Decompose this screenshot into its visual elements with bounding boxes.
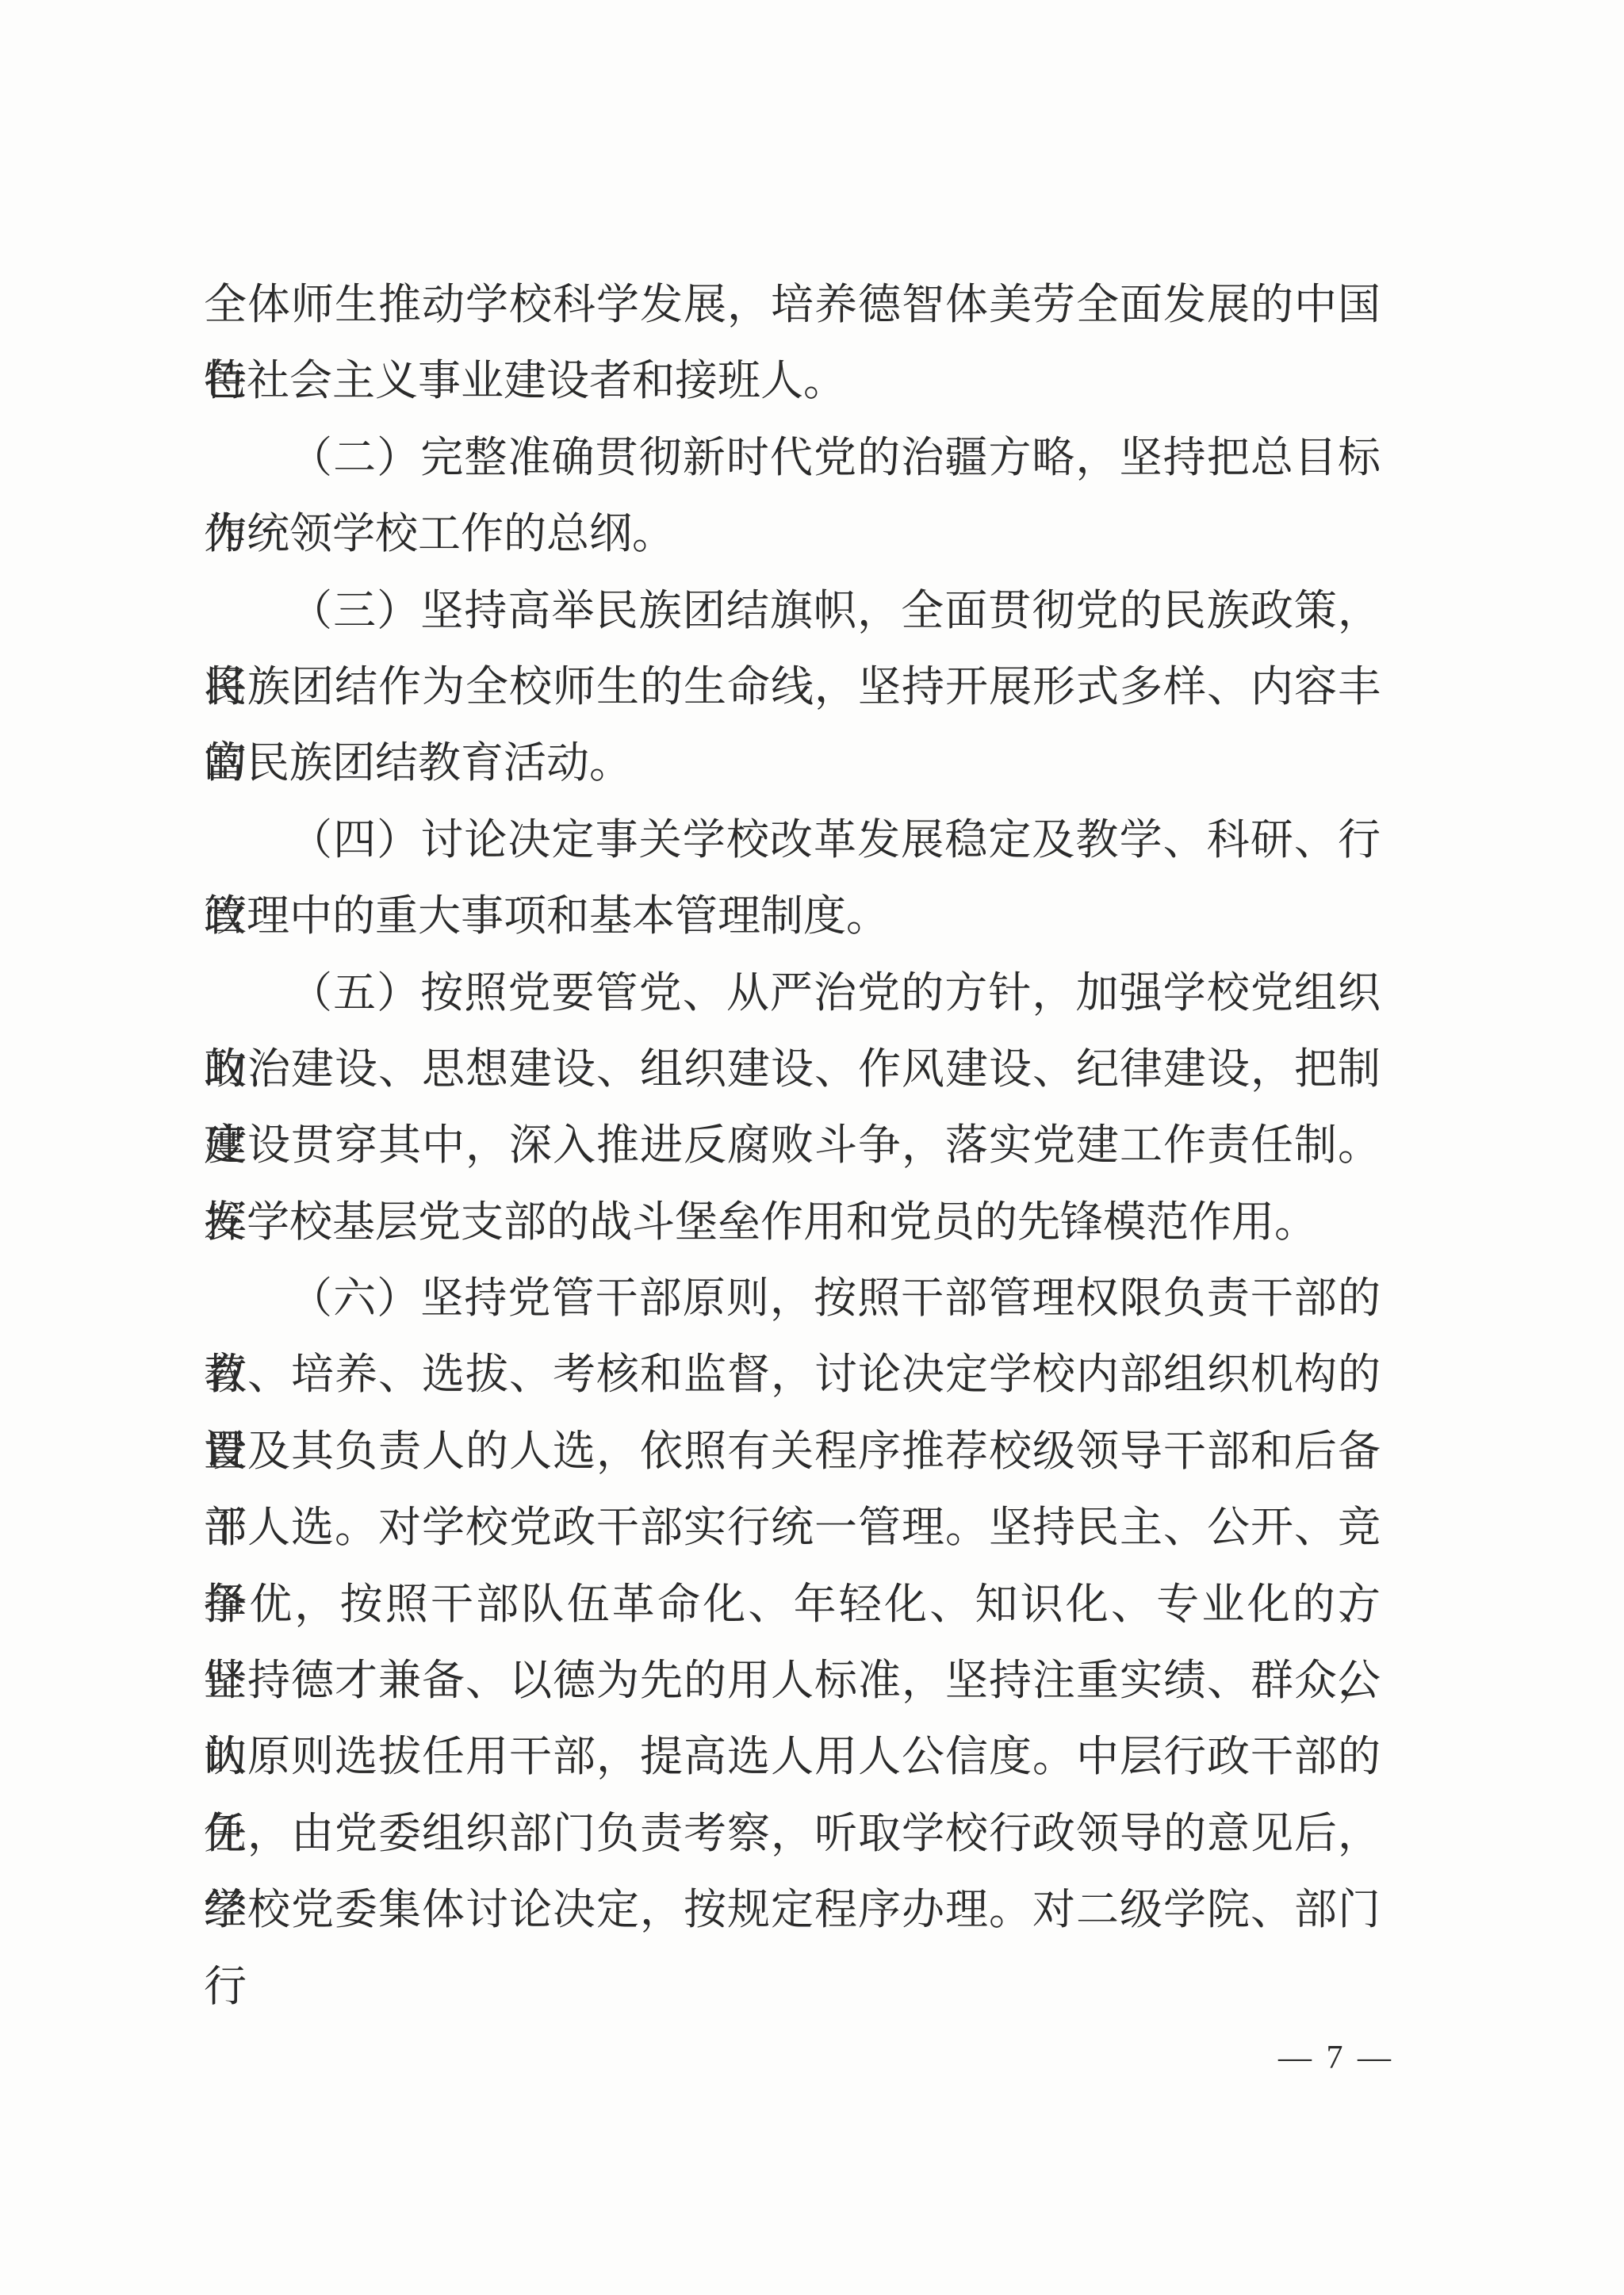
text-line: 挥学校基层党支部的战斗堡垒作用和党员的先锋模范作用。 [204,1184,1381,1260]
text-line: 民族团结作为全校师生的生命线，坚持开展形式多样、内容丰富 [204,649,1381,725]
text-line: 学校党委集体讨论决定，按规定程序办理。对二级学院、部门行 [204,1872,1381,1948]
text-line: 的民族团结教育活动。 [204,725,1381,801]
text-line: 育、培养、选拔、考核和监督，讨论决定学校内部组织机构的设 [204,1336,1381,1412]
text-line: 色社会主义事业建设者和接班人。 [204,343,1381,419]
text-line: 的原则选拔任用干部，提高选人用人公信度。中层行政干部的任 [204,1718,1381,1795]
text-line: 建设贯穿其中，深入推进反腐败斗争，落实党建工作责任制。发 [204,1107,1381,1183]
text-line: （四）讨论决定事关学校改革发展稳定及教学、科研、行政 [204,802,1381,878]
text-line: 免，由党委组织部门负责考察，听取学校行政领导的意见后，经 [204,1795,1381,1872]
text-line: （三）坚持高举民族团结旗帜，全面贯彻党的民族政策，将 [204,573,1381,649]
text-line: 政治建设、思想建设、组织建设、作风建设、纪律建设，把制度 [204,1031,1381,1107]
text-line: 部人选。对学校党政干部实行统一管理。坚持民主、公开、竞争、 [204,1489,1381,1565]
document-page: 全体师生推动学校科学发展，培养德智体美劳全面发展的中国特色社会主义事业建设者和接… [0,0,1624,2295]
document-body: 全体师生推动学校科学发展，培养德智体美劳全面发展的中国特色社会主义事业建设者和接… [204,266,1381,1948]
text-line: （五）按照党要管党、从严治党的方针，加强学校党组织的 [204,955,1381,1031]
text-line: 全体师生推动学校科学发展，培养德智体美劳全面发展的中国特 [204,266,1381,343]
text-line: 为统领学校工作的总纲。 [204,496,1381,572]
text-line: 择优，按照干部队伍革命化、年轻化、知识化、专业化的方针， [204,1566,1381,1642]
page-number: — 7 — [1257,2030,1415,2086]
text-line: 管理中的重大事项和基本管理制度。 [204,878,1381,954]
text-line: 置及其负责人的人选，依照有关程序推荐校级领导干部和后备干 [204,1413,1381,1489]
text-line: （二）完整准确贯彻新时代党的治疆方略，坚持把总目标作 [204,420,1381,496]
text-line: 坚持德才兼备、以德为先的用人标准，坚持注重实绩、群众公认 [204,1642,1381,1718]
text-line: （六）坚持党管干部原则，按照干部管理权限负责干部的教 [204,1260,1381,1336]
